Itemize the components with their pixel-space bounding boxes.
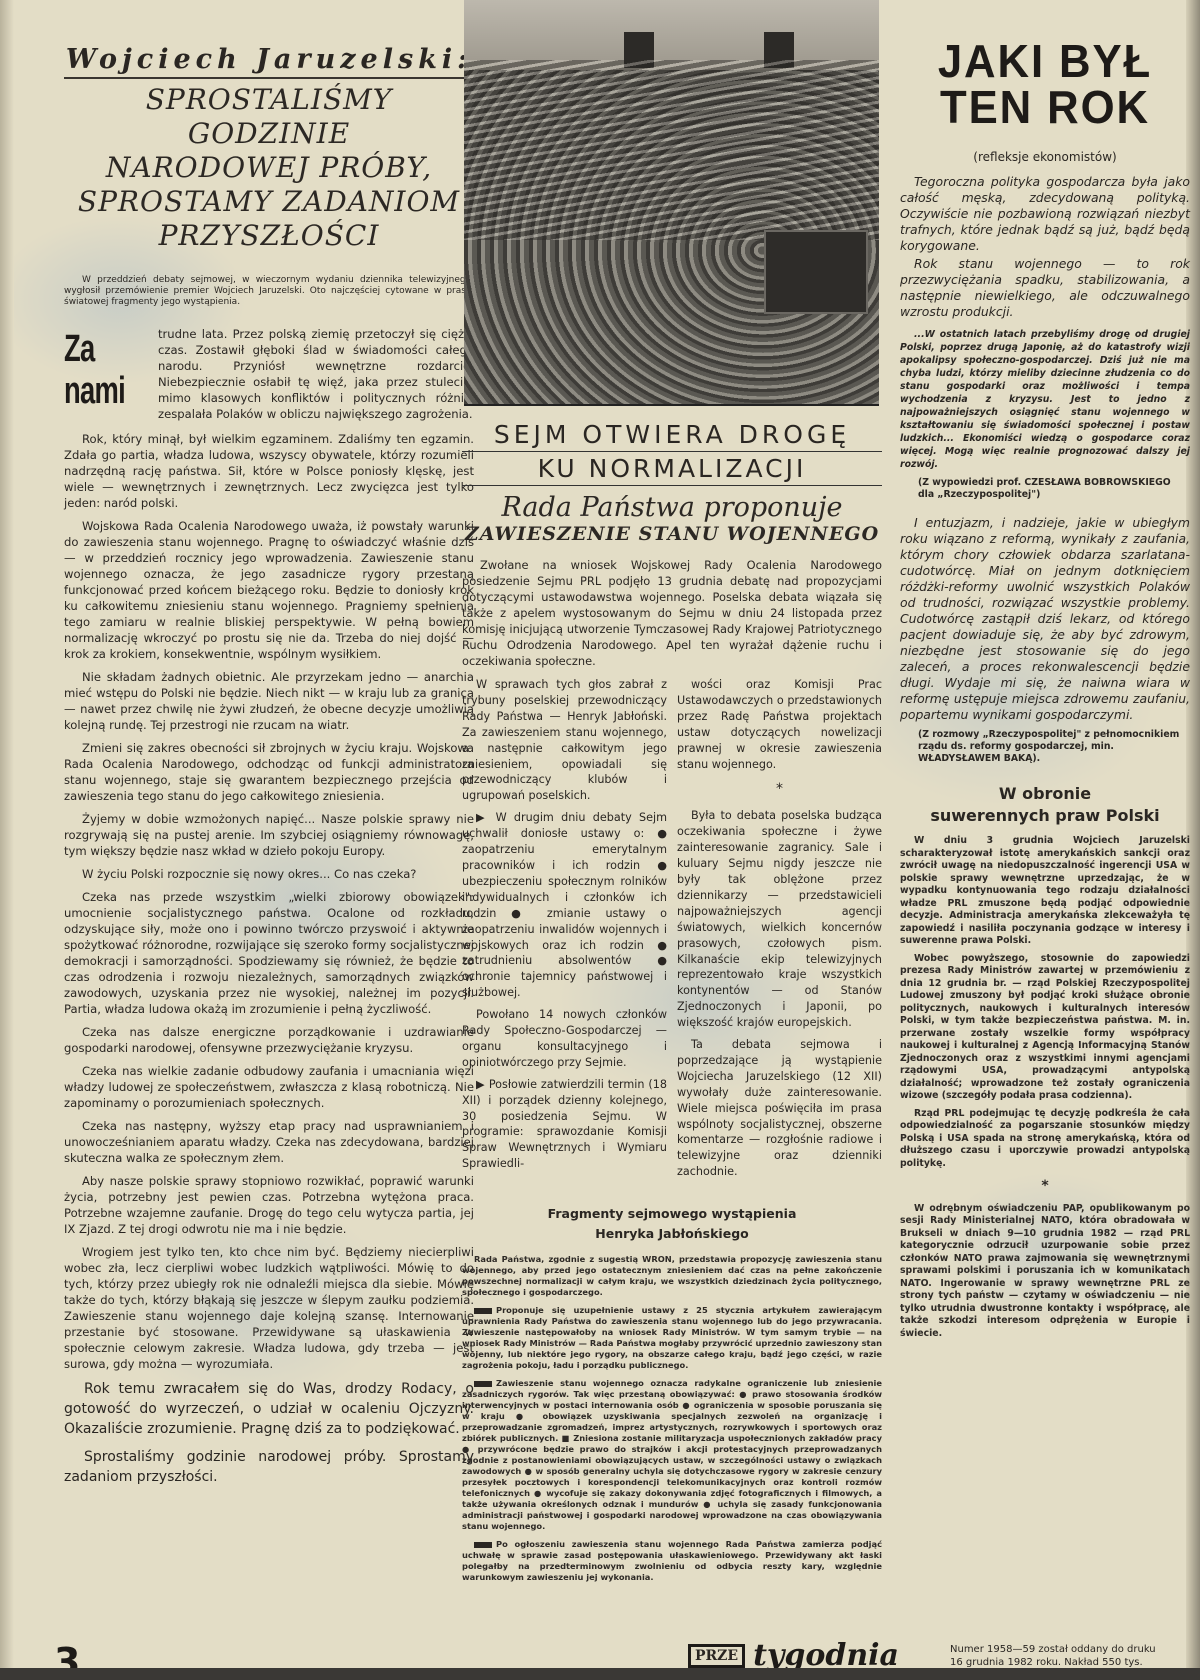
jaruzelski-article: Wojciech Jaruzelski: SPROSTALIŚMY GODZIN… [64, 44, 474, 1495]
paragraph: Zmieni się zakres obecności sił zbrojnyc… [64, 740, 474, 804]
article-closing: Rok temu zwracałem się do Was, drodzy Ro… [64, 1379, 474, 1487]
page-left-edge [0, 0, 14, 1680]
first-paragraph: Za nami trudne lata. Przez polską ziemię… [64, 326, 474, 422]
sejm-photo [464, 0, 879, 406]
quote-source: (Z rozmowy „Rzeczypospolitej" z pełnomoc… [918, 729, 1190, 765]
column-a: W sprawach tych głos zabrał z trybuny po… [462, 677, 667, 1186]
article-title: JAKI BYŁ TEN ROK [907, 38, 1183, 130]
two-column-body: W sprawach tych głos zabrał z trybuny po… [462, 677, 882, 1186]
paragraph: Nie składam żadnych obietnic. Ale przyrz… [64, 669, 474, 733]
asterisk-separator: * [900, 1180, 1190, 1193]
section-body: W dniu 3 grudnia Wojciech Jaruzelski sch… [900, 835, 1190, 1340]
title-line: JAKI BYŁ [907, 38, 1183, 84]
section-title: SEJM OTWIERA DROGĘ [462, 420, 882, 452]
paragraph: W sprawach tych głos zabrał z trybuny po… [462, 677, 667, 804]
paragraph: Czeka nas następny, wyższy etap pracy na… [64, 1118, 474, 1166]
paragraph: Wojskowa Rada Ocalenia Narodowego uważa,… [64, 518, 474, 662]
section-title: KU NORMALIZACJI [462, 452, 882, 486]
paragraph-text: Po ogłoszeniu zawieszenia stanu wojenneg… [462, 1539, 882, 1582]
paragraph: W życiu Polski rozpocznie się nowy okres… [64, 866, 474, 882]
quote: I entuzjazm, i nadzieje, jakie w ubiegły… [900, 515, 1190, 723]
article-subtitle-bold: ZAWIESZENIE STANU WOJENNEGO [462, 523, 882, 545]
sejm-article: SEJM OTWIERA DROGĘ KU NORMALIZACJI Rada … [462, 420, 882, 1590]
column-b: wości oraz Komisji Prac Ustawodawczych o… [677, 677, 882, 1186]
block-bullet-icon [474, 1308, 492, 1314]
quote-text: ...W ostatnich latach przebyliśmy drogę … [900, 328, 1190, 471]
section-title-line: suwerennych praw Polski [900, 805, 1190, 827]
closing-paragraph: Sprostaliśmy godzinie narodowej próby. S… [64, 1447, 474, 1487]
photo-crowd [464, 60, 879, 240]
paragraph: Aby nasze polskie sprawy stopniowo rozwi… [64, 1173, 474, 1237]
paragraph: Rada Państwa, zgodnie z sugestią WRON, p… [462, 1254, 882, 1298]
headline-line: SPROSTALIŚMY GODZINIE [64, 83, 474, 151]
paragraph: Była to debata poselska budząca oczekiwa… [677, 808, 882, 1031]
block-bullet-icon [474, 1542, 492, 1548]
paragraph: Proponuje się uzupełnienie ustawy z 25 s… [462, 1305, 882, 1371]
paragraph-text: Proponuje się uzupełnienie ustawy z 25 s… [462, 1305, 882, 1370]
dropcap: Za nami [64, 328, 127, 412]
article-headline: SPROSTALIŚMY GODZINIE NARODOWEJ PRÓBY, S… [64, 83, 474, 253]
article-author: Wojciech Jaruzelski: [64, 44, 474, 75]
headline-line: PRZYSZŁOŚCI [64, 219, 474, 253]
section-title-line: W obronie [900, 783, 1190, 805]
article-intro: Tegoroczna polityka gospodarcza była jak… [900, 174, 1190, 320]
first-paragraph-text: trudne lata. Przez polską ziemię przetoc… [158, 327, 474, 421]
paragraph: Żyjemy w dobie wzmożonych napięć... Nasz… [64, 811, 474, 859]
paragraph: Powołano 14 nowych członków Rady Społecz… [462, 1007, 667, 1071]
paragraph: Zawieszenie stanu wojennego oznacza rady… [462, 1378, 882, 1532]
fragment-title-line: Fragmenty sejmowego wystąpienia [462, 1204, 882, 1224]
page-bottom-edge [0, 1668, 1200, 1680]
paragraph-text: Zawieszenie stanu wojennego oznacza rady… [462, 1378, 882, 1531]
paragraph: ▶ W drugim dniu debaty Sejm uchwalił don… [462, 810, 667, 1001]
article-lead: W przeddzień debaty sejmowej, w wieczorn… [64, 275, 474, 308]
fragment-title: Fragmenty sejmowego wystąpienia Henryka … [462, 1204, 882, 1244]
quote-source: (Z wypowiedzi prof. CZESŁAWA BOBROWSKIEG… [918, 477, 1190, 501]
paragraph: wości oraz Komisji Prac Ustawodawczych o… [677, 677, 882, 772]
article-intro: Zwołane na wniosek Wojskowej Rady Ocalen… [462, 557, 882, 669]
paragraph: ▶ Posłowie zatwierdzili termin (18 XII) … [462, 1077, 667, 1172]
paragraph: Wobec powyższego, stosownie do zapowiedz… [900, 953, 1190, 1103]
block-bullet-icon [474, 1381, 492, 1387]
article-subtitle: Rada Państwa proponuje [462, 492, 882, 523]
paragraph: Rok stanu wojennego — to rok przezwycięż… [900, 256, 1190, 320]
fragment-title-line: Henryka Jabłońskiego [462, 1224, 882, 1244]
paragraph: Czeka nas przede wszystkim „wielki zbior… [64, 889, 474, 1017]
paragraph: Rok, który minął, był wielkim egzaminem.… [64, 431, 474, 511]
closing-paragraph: Rok temu zwracałem się do Was, drodzy Ro… [64, 1379, 474, 1439]
article-body: Za nami trudne lata. Przez polską ziemię… [64, 326, 474, 1372]
title-line: TEN ROK [907, 84, 1183, 130]
logo-box: PRZE [688, 1644, 745, 1668]
paragraph: W odrębnym oświadczeniu PAP, opublikowan… [900, 1203, 1190, 1341]
paragraph: Ta debata sejmowa i poprzedzające ją wys… [677, 1037, 882, 1180]
paragraph: Czeka nas dalsze energiczne porządkowani… [64, 1024, 474, 1056]
headline-line: NARODOWEJ PRÓBY, [64, 151, 474, 185]
quote-text: I entuzjazm, i nadzieje, jakie w ubiegły… [900, 515, 1190, 723]
colophon: Numer 1958—59 został oddany do druku 16 … [950, 1643, 1190, 1669]
paragraph: Rząd PRL podejmując tę decyzję podkreśla… [900, 1108, 1190, 1171]
fragment-body: Rada Państwa, zgodnie z sugestią WRON, p… [462, 1254, 882, 1583]
asterisk-separator: * [677, 782, 882, 798]
article-subtitle: (refleksje ekonomistów) [900, 150, 1190, 164]
paragraph: Tegoroczna polityka gospodarcza była jak… [900, 174, 1190, 254]
paragraph: Po ogłoszeniu zawieszenia stanu wojenneg… [462, 1539, 882, 1583]
divider [64, 77, 474, 79]
headline-line: SPROSTAMY ZADANIOM [64, 185, 474, 219]
section-title: W obronie suwerennych praw Polski [900, 783, 1190, 827]
paragraph: Wrogiem jest tylko ten, kto chce nim być… [64, 1244, 474, 1372]
colophon-line: Numer 1958—59 został oddany do druku [950, 1643, 1190, 1656]
paragraph: W dniu 3 grudnia Wojciech Jaruzelski sch… [900, 835, 1190, 948]
quote: ...W ostatnich latach przebyliśmy drogę … [900, 328, 1190, 471]
photo-podium [764, 230, 868, 314]
economy-article: JAKI BYŁ TEN ROK (refleksje ekonomistów)… [900, 20, 1190, 1345]
paragraph: Czeka nas wielkie zadanie odbudowy zaufa… [64, 1063, 474, 1111]
